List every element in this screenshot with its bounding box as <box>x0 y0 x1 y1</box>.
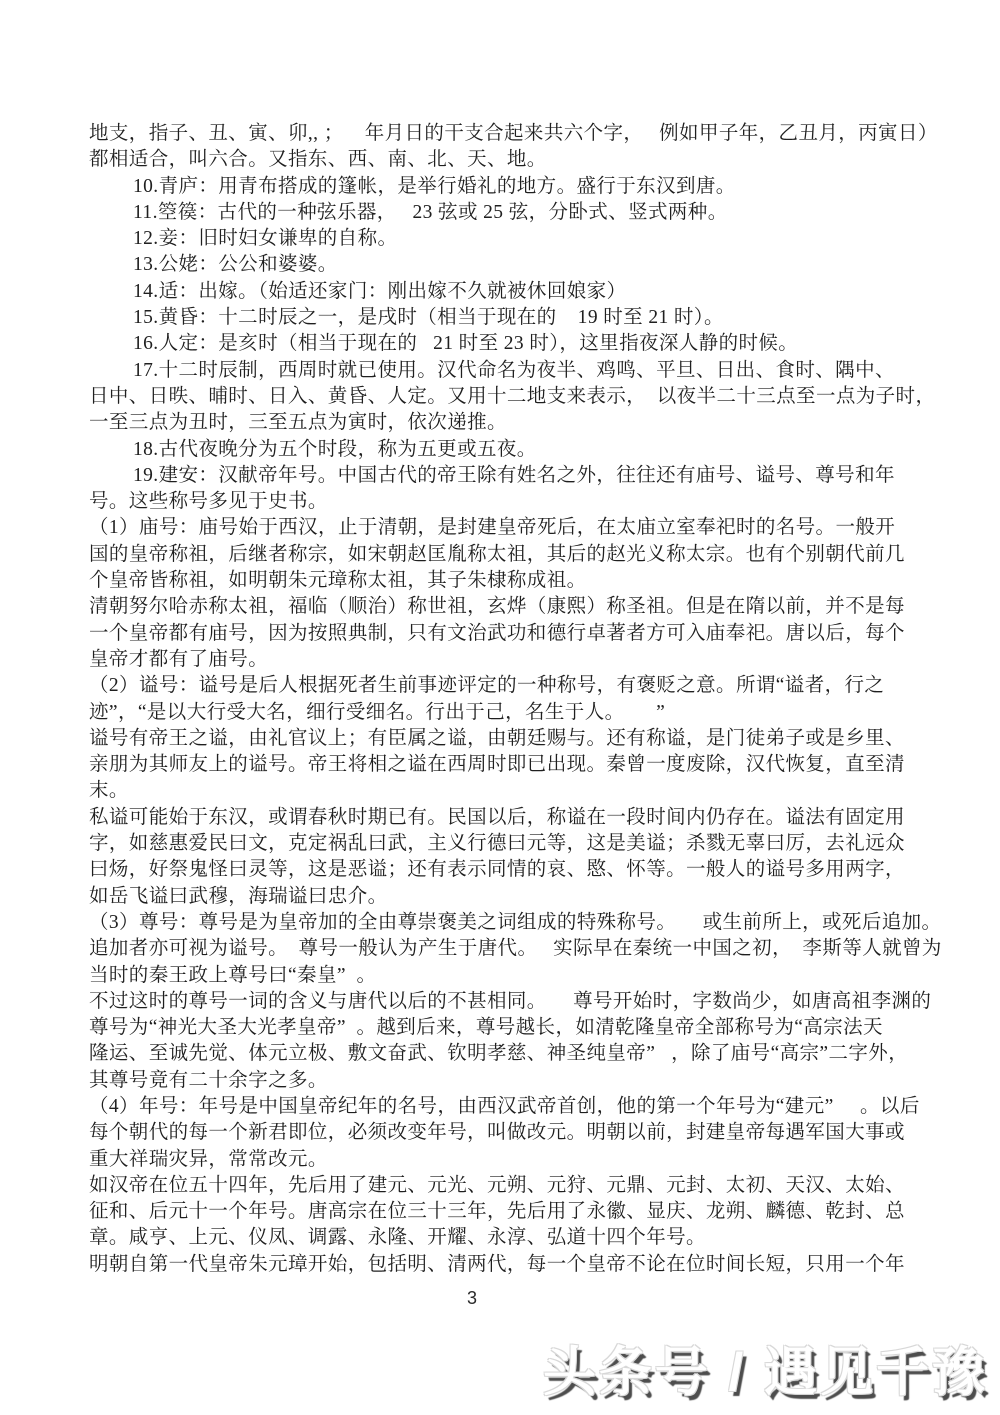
document-line: 皇帝才都有了庙号。 <box>89 647 915 673</box>
document-line: 隆运、至诚先觉、体元立极、敷文奋武、钦明孝慈、神圣纯皇帝” ，除了庙号“高宗”二… <box>89 1041 915 1067</box>
document-line: 地支，指子、丑、寅、卯,, ； 年月日的干支合起来共六个字， 例如甲子年，乙丑月… <box>89 121 915 147</box>
document-line: 私谥可能始于东汉，或谓春秋时期已有。民国以后，称谥在一段时间内仍存在。谥法有固定… <box>89 805 915 831</box>
document-line: 征和、后元十一个年号。唐高宗在位三十三年，先后用了永徽、显庆、龙朔、麟德、乾封、… <box>89 1199 915 1225</box>
document-line: 18.古代夜晚分为五个时段，称为五更或五夜。 <box>89 437 915 463</box>
document-line: 明朝自第一代皇帝朱元璋开始，包括明、清两代，每一个皇帝不论在位时间长短，只用一个… <box>89 1252 915 1278</box>
document-line: 17.十二时辰制，西周时就已使用。汉代命名为夜半、鸡鸣、平旦、日出、食时、隅中、 <box>89 358 915 384</box>
document-line: 谥号有帝王之谥，由礼官议上；有臣属之谥，由朝廷赐与。还有称谥，是门徒弟子或是乡里… <box>89 726 915 752</box>
document-line: 15.黄昏：十二时辰之一，是戌时（相当于现在的 19 时至 21 时）。 <box>89 305 915 331</box>
document-line: 不过这时的尊号一词的含义与唐代以后的不甚相同。 尊号开始时，字数尚少，如唐高祖李… <box>89 989 915 1015</box>
document-line: 都相适合，叫六合。又指东、西、南、北、天、地。 <box>89 147 915 173</box>
document-line: 每个朝代的每一个新君即位，必须改变年号，叫做改元。明朝以前，封建皇帝每遇军国大事… <box>89 1120 915 1146</box>
document-line: 16.人定：是亥时（相当于现在的 21 时至 23 时），这里指夜深人静的时候。 <box>89 331 915 357</box>
document-line: 清朝努尔哈赤称太祖，福临（顺治）称世祖，玄烨（康熙）称圣祖。但是在隋以前，并不是… <box>89 594 915 620</box>
document-line: 19.建安：汉献帝年号。中国古代的帝王除有姓名之外，往往还有庙号、谥号、尊号和年 <box>89 463 915 489</box>
document-line: 一至三点为丑时，三至五点为寅时，依次递推。 <box>89 410 915 436</box>
document-line: 迹”，“是以大行受大名，细行受细名。行出于己，名生于人。 ” <box>89 700 915 726</box>
document-line: 12.妾：旧时妇女谦卑的自称。 <box>89 226 915 252</box>
document-line: 13.公姥：公公和婆婆。 <box>89 252 915 278</box>
document-text-block: 地支，指子、丑、寅、卯,, ； 年月日的干支合起来共六个字， 例如甲子年，乙丑月… <box>89 121 915 1278</box>
document-line: 重大祥瑞灾异，常常改元。 <box>89 1147 915 1173</box>
document-line: 当时的秦王政上尊号曰“秦皇” 。 <box>89 963 915 989</box>
document-line: 曰炀，好祭鬼怪曰灵等，这是恶谥；还有表示同情的哀、愍、怀等。一般人的谥号多用两字… <box>89 857 915 883</box>
document-line: 国的皇帝称祖，后继者称宗，如宋朝赵匡胤称太祖，其后的赵光义称太宗。也有个别朝代前… <box>89 542 915 568</box>
watermark: 头条号 / 遇见千豫 <box>543 1330 988 1406</box>
document-line: （4）年号：年号是中国皇帝纪年的名号，由西汉武帝首创，他的第一个年号为“建元” … <box>89 1094 915 1120</box>
document-line: 11.箜篌：古代的一种弦乐器， 23 弦或 25 弦，分卧式、竖式两种。 <box>89 200 915 226</box>
document-line: 末。 <box>89 778 915 804</box>
document-line: 日中、日昳、晡时、日入、黄昏、人定。又用十二地支来表示， 以夜半二十三点至一点为… <box>89 384 915 410</box>
document-line: 其尊号竟有二十余字之多。 <box>89 1068 915 1094</box>
document-line: 尊号为“神光大圣大光孝皇帝” 。越到后来，尊号越长，如清乾隆皇帝全部称号为“高宗… <box>89 1015 915 1041</box>
document-line: （3）尊号：尊号是为皇帝加的全由尊崇褒美之词组成的特殊称号。 或生前所上，或死后… <box>89 910 915 936</box>
page-number: 3 <box>0 1288 944 1309</box>
document-line: （2）谥号：谥号是后人根据死者生前事迹评定的一种称号，有褒贬之意。所谓“谥者，行… <box>89 673 915 699</box>
document-line: 号。这些称号多见于史书。 <box>89 489 915 515</box>
document-line: 14.适：出嫁。（始适还家门：刚出嫁不久就被休回娘家） <box>89 279 915 305</box>
document-line: 字，如慈惠爱民曰文，克定祸乱曰武，主义行德曰元等，这是美谥；杀戮无辜曰厉，去礼远… <box>89 831 915 857</box>
document-line: 章。咸亨、上元、仪凤、调露、永隆、开耀、永淳、弘道十四个年号。 <box>89 1225 915 1251</box>
document-line: 亲朋为其师友上的谥号。帝王将相之谥在西周时即已出现。秦曾一度废除，汉代恢复，直至… <box>89 752 915 778</box>
document-line: 追加者亦可视为谥号。 尊号一般认为产生于唐代。 实际早在秦统一中国之初， 李斯等… <box>89 936 915 962</box>
document-line: 10.青庐：用青布搭成的篷帐，是举行婚礼的地方。盛行于东汉到唐。 <box>89 174 915 200</box>
document-line: （1）庙号：庙号始于西汉，止于清朝，是封建皇帝死后，在太庙立室奉祀时的名号。一般… <box>89 515 915 541</box>
document-line: 一个皇帝都有庙号，因为按照典制，只有文治武功和德行卓著者方可入庙奉祀。唐以后，每… <box>89 621 915 647</box>
document-line: 如汉帝在位五十四年，先后用了建元、元光、元朔、元狩、元鼎、元封、太初、天汉、太始… <box>89 1173 915 1199</box>
document-line: 如岳飞谥曰武穆，海瑞谥曰忠介。 <box>89 884 915 910</box>
document-line: 个皇帝皆称祖，如明朝朱元璋称太祖，其子朱棣称成祖。 <box>89 568 915 594</box>
document-page: 地支，指子、丑、寅、卯,, ； 年月日的干支合起来共六个字， 例如甲子年，乙丑月… <box>0 0 1000 1415</box>
